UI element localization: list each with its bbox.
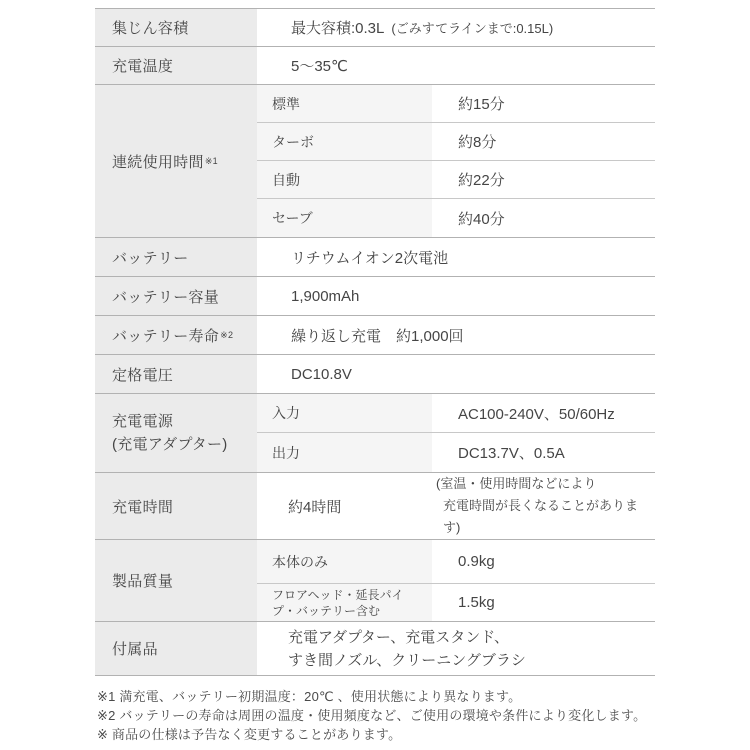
spec-value: DC10.8V bbox=[257, 355, 655, 393]
spec-subname: 入力 bbox=[257, 394, 432, 432]
spec-subvalue: 約8分 bbox=[432, 123, 655, 160]
spec-subname: 本体のみ bbox=[257, 540, 432, 583]
spec-subrow-turbo: ターボ 約8分 bbox=[257, 123, 655, 161]
spec-label: 充電時間 bbox=[95, 473, 257, 539]
spec-subgroup: 入力 AC100-240V、50/60Hz 出力 DC13.7V、0.5A bbox=[257, 394, 655, 472]
spec-subgroup: 本体のみ 0.9kg フロアヘッド・延長パイプ・バッテリー含む 1.5kg bbox=[257, 540, 655, 621]
spec-value: 繰り返し充電 約1,000回 bbox=[257, 316, 655, 354]
spec-value: 1,900mAh bbox=[257, 277, 655, 315]
spec-label: バッテリー容量 bbox=[95, 277, 257, 315]
footnote-2: ※2 バッテリーの寿命は周囲の温度・使用頻度など、ご使用の環境や条件により変化し… bbox=[97, 706, 750, 725]
spec-subname: 出力 bbox=[257, 433, 432, 472]
spec-subrow-output: 出力 DC13.7V、0.5A bbox=[257, 433, 655, 472]
spec-label: 充電電源 (充電アダプター) bbox=[95, 394, 257, 472]
spec-row-rated-voltage: 定格電圧 DC10.8V bbox=[95, 355, 655, 394]
spec-value-note: (室温・使用時間などにより 充電時間が長くなることがあります) bbox=[432, 473, 655, 539]
note-line1: (室温・使用時間などにより bbox=[436, 473, 655, 495]
accessories-line2: すき間ノズル、クリーニングブラシ bbox=[288, 649, 526, 672]
spec-subrow-save: セーブ 約40分 bbox=[257, 199, 655, 237]
spec-label: バッテリー bbox=[95, 238, 257, 276]
spec-label-text: 連続使用時間 bbox=[112, 151, 204, 172]
spec-row-battery-capacity: バッテリー容量 1,900mAh bbox=[95, 277, 655, 316]
spec-subrow-input: 入力 AC100-240V、50/60Hz bbox=[257, 394, 655, 433]
spec-row-dust-capacity: 集じん容積 最大容積:0.3L (ごみすてラインまで:0.15L) bbox=[95, 9, 655, 47]
footnote-1: ※1 満充電、バッテリー初期温度：20℃ 、使用状態により異なります。 bbox=[97, 687, 750, 706]
spec-value: 最大容積:0.3L (ごみすてラインまで:0.15L) bbox=[257, 9, 655, 46]
spec-row-accessories: 付属品 充電アダプター、充電スタンド、 すき間ノズル、クリーニングブラシ bbox=[95, 622, 655, 676]
spec-subrow-with-attachments: フロアヘッド・延長パイプ・バッテリー含む 1.5kg bbox=[257, 584, 655, 621]
spec-label: 集じん容積 bbox=[95, 9, 257, 46]
accessories-line1: 充電アダプター、充電スタンド、 bbox=[288, 626, 509, 649]
spec-value: 約4時間 bbox=[257, 473, 432, 539]
spec-label-line1: 充電電源 bbox=[112, 410, 173, 433]
spec-subrow-standard: 標準 約15分 bbox=[257, 85, 655, 123]
spec-subname: ターボ bbox=[257, 123, 432, 160]
spec-label: 定格電圧 bbox=[95, 355, 257, 393]
spec-label-text: バッテリー寿命 bbox=[112, 325, 219, 346]
spec-subname: フロアヘッド・延長パイプ・バッテリー含む bbox=[257, 584, 432, 621]
spec-subvalue: 0.9kg bbox=[432, 540, 655, 583]
footnotes: ※1 満充電、バッテリー初期温度：20℃ 、使用状態により異なります。 ※2 バ… bbox=[97, 687, 750, 744]
spec-table: 集じん容積 最大容積:0.3L (ごみすてラインまで:0.15L) 充電温度 5… bbox=[95, 8, 655, 676]
footnote-ref-1: ※1 bbox=[205, 156, 218, 167]
spec-value: リチウムイオン2次電池 bbox=[257, 238, 655, 276]
footnote-ref-2: ※2 bbox=[220, 330, 233, 341]
spec-page: 集じん容積 最大容積:0.3L (ごみすてラインまで:0.15L) 充電温度 5… bbox=[0, 0, 750, 744]
spec-row-charge-temp: 充電温度 5～35℃ bbox=[95, 47, 655, 85]
spec-row-battery: バッテリー リチウムイオン2次電池 bbox=[95, 238, 655, 277]
spec-label: 付属品 bbox=[95, 622, 257, 675]
spec-subname: 自動 bbox=[257, 161, 432, 198]
spec-subrow-body-only: 本体のみ 0.9kg bbox=[257, 540, 655, 584]
spec-row-runtime: 連続使用時間※1 標準 約15分 ターボ 約8分 自動 約22分 セーブ 約40… bbox=[95, 85, 655, 238]
spec-label: バッテリー寿命※2 bbox=[95, 316, 257, 354]
spec-row-charge-power: 充電電源 (充電アダプター) 入力 AC100-240V、50/60Hz 出力 … bbox=[95, 394, 655, 473]
spec-subname: 標準 bbox=[257, 85, 432, 122]
spec-subvalue: AC100-240V、50/60Hz bbox=[432, 394, 655, 432]
spec-label: 連続使用時間※1 bbox=[95, 85, 257, 237]
spec-row-charge-time: 充電時間 約4時間 (室温・使用時間などにより 充電時間が長くなることがあります… bbox=[95, 473, 655, 540]
spec-value-note: (ごみすてラインまで:0.15L) bbox=[391, 18, 553, 37]
spec-value: 充電アダプター、充電スタンド、 すき間ノズル、クリーニングブラシ bbox=[257, 622, 655, 675]
spec-row-weight: 製品質量 本体のみ 0.9kg フロアヘッド・延長パイプ・バッテリー含む 1.5… bbox=[95, 540, 655, 622]
spec-subvalue: 約40分 bbox=[432, 199, 655, 237]
spec-subgroup: 標準 約15分 ターボ 約8分 自動 約22分 セーブ 約40分 bbox=[257, 85, 655, 237]
spec-label-line2: (充電アダプター) bbox=[112, 433, 228, 456]
spec-subvalue: DC13.7V、0.5A bbox=[432, 433, 655, 472]
spec-row-battery-life: バッテリー寿命※2 繰り返し充電 約1,000回 bbox=[95, 316, 655, 355]
spec-subvalue: 約22分 bbox=[432, 161, 655, 198]
spec-subname: セーブ bbox=[257, 199, 432, 237]
spec-subvalue: 約15分 bbox=[432, 85, 655, 122]
spec-value: 5～35℃ bbox=[257, 47, 655, 84]
footnote-general: ※ 商品の仕様は予告なく変更することがあります。 bbox=[97, 725, 750, 744]
spec-label: 製品質量 bbox=[95, 540, 257, 621]
note-line2: 充電時間が長くなることがあります) bbox=[436, 495, 655, 539]
spec-label: 充電温度 bbox=[95, 47, 257, 84]
spec-value-main: 最大容積:0.3L bbox=[291, 17, 384, 38]
spec-subvalue: 1.5kg bbox=[432, 584, 655, 621]
spec-subrow-auto: 自動 約22分 bbox=[257, 161, 655, 199]
